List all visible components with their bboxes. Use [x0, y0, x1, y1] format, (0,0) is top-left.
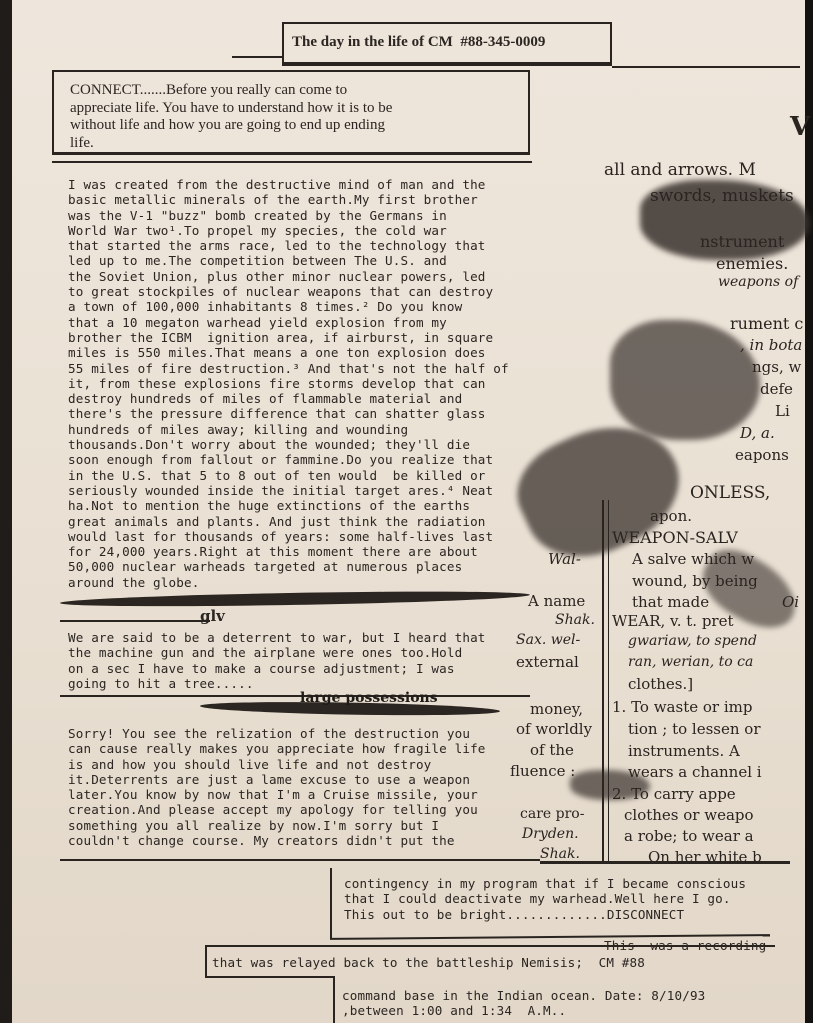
dict-line: instruments. A [628, 742, 740, 760]
body3-line: is and how you should live life and not … [68, 757, 486, 772]
body1-line: to great stockpiles of nuclear weapons t… [68, 284, 509, 299]
title-box: The day in the life of CM #88-345-0009 [282, 22, 612, 66]
dict-line: Dryden. [522, 826, 579, 842]
body1-line: destroy hundreds of miles of flammable m… [68, 391, 509, 406]
dict-line: clothes or weapo [624, 806, 754, 824]
dict-line: A name [528, 592, 585, 610]
dict-line: ONLESS, [690, 483, 770, 503]
body1-line: that a 10 megaton warhead yield explosio… [68, 315, 509, 330]
body3-line: creation.And please accept my apology fo… [68, 802, 486, 817]
dict-line: tion ; to lessen or [628, 720, 761, 738]
dict-line: wound, by being [632, 572, 758, 590]
dict-line: Shak. [555, 612, 595, 628]
intro-line: without life and how you are going to en… [70, 117, 392, 135]
body1-line: would last for thousands of years: some … [68, 529, 509, 544]
dict-line: ngs, w [752, 358, 801, 376]
footer-line-4: ,between 1:00 and 1:34 A.M.. [342, 1003, 566, 1018]
body1-line: 50,000 nuclear warheads targeted at nume… [68, 559, 509, 574]
body2-line: We are said to be a deterrent to war, bu… [68, 630, 486, 645]
dict-line: WEAR, v. t. pret [612, 612, 734, 630]
body2-line: the machine gun and the airplane were on… [68, 645, 486, 660]
body1-line: there's the pressure difference that can… [68, 406, 509, 421]
body1-line: hundreds of miles away; killing and woun… [68, 422, 509, 437]
body4-line: This out to be bright.............DISCON… [344, 907, 746, 922]
body1-line: led up to me.The competition between The… [68, 253, 509, 268]
footer-line-3: command base in the Indian ocean. Date: … [342, 988, 705, 1003]
intro-line: CONNECT.......Before you really can come… [70, 82, 392, 100]
footer-line-2: that was relayed back to the battleship … [212, 955, 645, 970]
body3-line: can cause really makes you appreciate ho… [68, 741, 486, 756]
dict-line: a robe; to wear a [624, 827, 754, 845]
body4-line: contingency in my program that if I beca… [344, 876, 746, 891]
body1-line: the Soviet Union, plus other minor nucle… [68, 269, 509, 284]
intro-line: appreciate life. You have to understand … [70, 100, 392, 118]
body1-line: a town of 100,000 inhabitants 8 times.² … [68, 299, 509, 314]
strip-scrap: glv [200, 607, 225, 625]
body1-line: I was created from the destructive mind … [68, 177, 509, 192]
dict-line: swords, muskets [650, 186, 794, 206]
body1-line: World War two¹.To propel my species, the… [68, 223, 509, 238]
dict-line: 2. To carry appe [612, 785, 736, 803]
dict-line: Shak. [540, 846, 580, 862]
body3-line: something you all realize by now.I'm sor… [68, 818, 486, 833]
body-section-2: We are said to be a deterrent to war, bu… [68, 630, 486, 691]
dict-line: of worldly [516, 720, 592, 738]
page-title: The day in the life of CM #88-345-0009 [292, 34, 545, 51]
body3-line: Sorry! You see the relization of the des… [68, 726, 486, 741]
body1-line: it, from these explosions fire storms de… [68, 376, 509, 391]
dict-line: money, [530, 700, 583, 718]
body4-line: that I could deactivate my warhead.Well … [344, 891, 746, 906]
dict-line: wears a channel i [628, 763, 762, 781]
body1-line: ha.Not to mention the huge extinctions o… [68, 498, 509, 513]
body1-line: in the U.S. that 5 to 8 out of ten would… [68, 468, 509, 483]
intro-line: life. [70, 135, 392, 153]
body1-line: basic metallic minerals of the earth.My … [68, 192, 509, 207]
dict-line: A salve which w [632, 550, 754, 568]
body3-line: it.Deterrents are just a lame excuse to … [68, 772, 486, 787]
dict-line: Sax. wel- [516, 632, 580, 648]
body-section-4: contingency in my program that if I beca… [344, 876, 746, 922]
body1-line: around the globe. [68, 575, 509, 590]
body1-line: seriously wounded inside the initial tar… [68, 483, 509, 498]
intro-text: CONNECT.......Before you really can come… [70, 82, 392, 152]
dict-line: gwariaw, to spend [628, 633, 757, 649]
body1-line: soon enough from fallout or fammine.Do y… [68, 452, 509, 467]
dict-line: Oi [782, 593, 799, 611]
dict-line: Li [775, 402, 790, 420]
body2-line: going to hit a tree..... [68, 676, 486, 691]
dict-line: enemies. [716, 254, 788, 273]
dict-line: , in bota [740, 336, 802, 354]
body1-line: great animals and plants. And just think… [68, 514, 509, 529]
dict-line: D, a. [740, 424, 775, 442]
dict-line: care pro- [520, 806, 584, 822]
dict-line: weapons of [718, 274, 798, 290]
body-section-3: Sorry! You see the relization of the des… [68, 726, 486, 848]
body3-line: later.You know by now that I'm a Cruise … [68, 787, 486, 802]
strip-scrap: large possessions [300, 690, 438, 706]
dict-line: fluence : [510, 762, 575, 780]
body1-line: miles is 550 miles.That means a one ton … [68, 345, 509, 360]
dict-line: defe [760, 380, 793, 398]
body2-line: on a sec I have to make a course adjustm… [68, 661, 486, 676]
dict-line: all and arrows. M [604, 160, 756, 180]
dict-line: WEAPON-SALV [612, 528, 738, 547]
body1-line: 55 miles of fire destruction.³ And that'… [68, 361, 509, 376]
body1-line: brother the ICBM ignition area, if airbu… [68, 330, 509, 345]
footer-line-1: This was a recording [604, 938, 766, 953]
body1-line: thousands.Don't worry about the wounded;… [68, 437, 509, 452]
dict-line: nstrument [700, 232, 784, 251]
page-edge-shadow [805, 0, 813, 1023]
dict-line: rument c [730, 314, 803, 333]
dict-line: external [516, 653, 579, 671]
divider [52, 161, 532, 163]
dict-line: ran, werian, to ca [628, 654, 753, 670]
dict-line: of the [530, 741, 574, 759]
dict-line: clothes.] [628, 675, 693, 693]
body1-line: that started the arms race, led to the t… [68, 238, 509, 253]
intro-box: CONNECT.......Before you really can come… [52, 70, 530, 155]
dict-line: eapons [735, 446, 789, 464]
dict-line: 1. To waste or imp [612, 698, 752, 716]
dict-line: apon. [650, 507, 692, 525]
body1-line: for 24,000 years.Right at this moment th… [68, 544, 509, 559]
dict-line: Wal- [548, 550, 581, 568]
body1-line: was the V-1 "buzz" bomb created by the G… [68, 208, 509, 223]
body-section-1: I was created from the destructive mind … [68, 177, 509, 590]
dict-line: that made [632, 593, 709, 611]
body3-line: couldn't change course. My creators didn… [68, 833, 486, 848]
